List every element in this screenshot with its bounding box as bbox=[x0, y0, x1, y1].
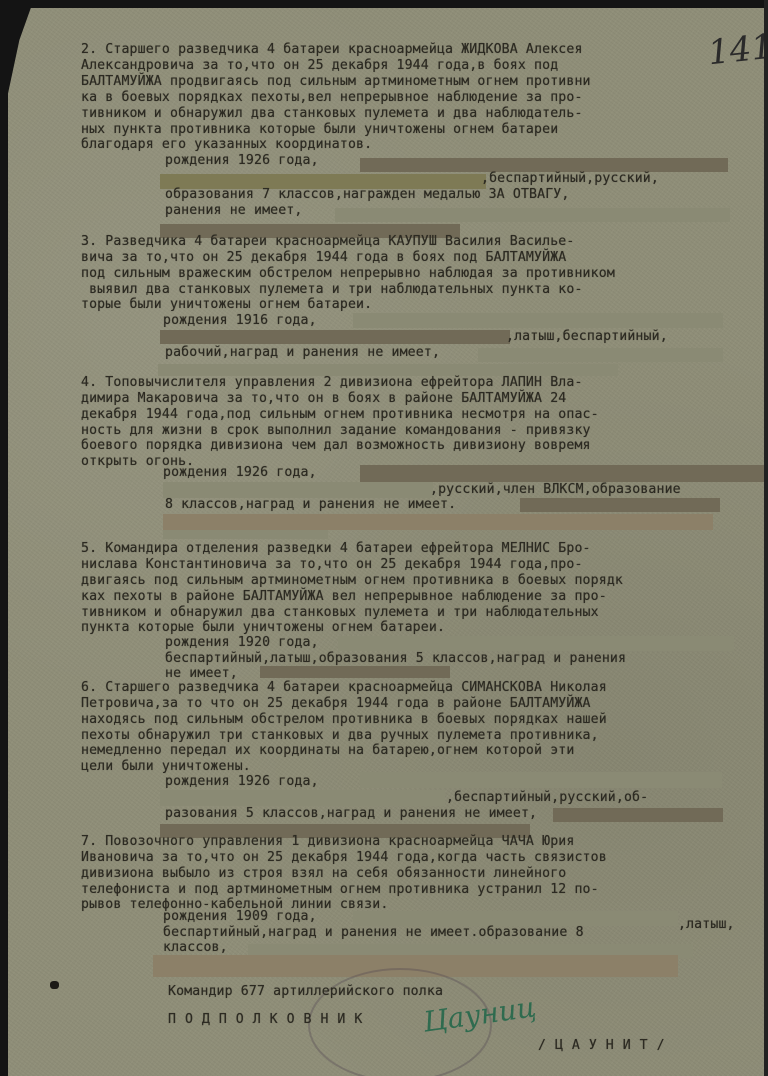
entry-6-line-4: пехоты обнаружил три станковых и два руч… bbox=[81, 728, 599, 743]
redaction-box bbox=[520, 498, 720, 512]
entry-4-nationality: ,русский,член ВЛКСМ,образование bbox=[430, 482, 681, 497]
entry-6-line-1: 6. Старшего разведчика 4 батареи красноа… bbox=[81, 680, 607, 695]
commander-rank: ПОДПОЛКОВНИК bbox=[168, 1012, 371, 1027]
entry-5-line-5: тивником и обнаружил два станковых пулем… bbox=[81, 605, 599, 620]
handwritten-page-number: 141 bbox=[706, 27, 768, 74]
redaction-box bbox=[160, 330, 510, 344]
redaction-box bbox=[163, 514, 713, 530]
redaction-box bbox=[163, 482, 433, 498]
scan-edge bbox=[764, 0, 768, 1076]
entry-7-birth: рождения 1909 года, bbox=[163, 909, 317, 924]
entry-5-line-1: 5. Командира отделения разведки 4 батаре… bbox=[81, 541, 591, 556]
entry-6-education: разования 5 классов,наград и ранения не … bbox=[165, 806, 537, 821]
entry-2-line-4: ка в боевых порядках пехоты,вел непрерыв… bbox=[81, 90, 583, 105]
entry-3-line-4: выявил два станковых пулемета и три набл… bbox=[81, 282, 583, 297]
entry-4-line-3: декабря 1944 года,под сильным огнем прот… bbox=[81, 407, 599, 422]
redaction-box bbox=[260, 666, 450, 678]
redaction-box bbox=[553, 808, 723, 822]
entry-6-line-2: Петровича,за то что он 25 декабря 1944 г… bbox=[81, 696, 591, 711]
entry-3-line-3: под сильным вражеским обстрелом непрерыв… bbox=[81, 266, 615, 281]
redaction-box bbox=[360, 772, 722, 788]
entry-4-line-2: димира Макаровича за то,что он в боях в … bbox=[81, 391, 566, 406]
redaction-box bbox=[163, 530, 328, 539]
entry-5-line-2: нислава Константиновича за то,что он 25 … bbox=[81, 557, 583, 572]
entry-7-nationality: ,латыш, bbox=[678, 917, 735, 932]
entry-2-education: образования 7 классов,награжден медалью … bbox=[165, 187, 569, 202]
entry-2-line-7: благодаря его указанных координатов. bbox=[81, 137, 372, 152]
entry-4-line-5: боевого порядка дивизиона чем дал возмож… bbox=[81, 438, 591, 453]
entry-3-birth: рождения 1916 года, bbox=[163, 313, 317, 328]
entry-7-line-2: Ивановича за то,что он 25 декабря 1944 г… bbox=[81, 850, 607, 865]
entry-5-birth: рождения 1920 года, bbox=[165, 635, 319, 650]
entry-2-birth: рождения 1926 года, bbox=[165, 153, 319, 168]
redaction-box bbox=[338, 636, 734, 651]
entry-4-birth: рождения 1926 года, bbox=[163, 465, 317, 480]
document-page: 141 2. Старшего разведчика 4 батареи кра… bbox=[8, 8, 768, 1076]
entry-6-line-3: находясь под сильным обстрелом противник… bbox=[81, 712, 607, 727]
entry-7-line-3: дивизиона выбыло из строя взял на себя о… bbox=[81, 866, 566, 881]
entry-3-line-1: 3. Разведчика 4 батареи красноармейца КА… bbox=[81, 234, 574, 249]
redaction-box bbox=[478, 348, 723, 362]
entry-5-line-6: пункта которые были уничтожены огнем бат… bbox=[81, 620, 445, 635]
commander-name: /ЦАУНИТ/ bbox=[538, 1038, 674, 1053]
entry-5-wounds: не имеет, bbox=[165, 666, 238, 681]
entry-2-line-2: Александровича за то,что он 25 декабря 1… bbox=[81, 58, 558, 73]
entry-3-line-2: вича за то,что он 25 декабря 1944 года в… bbox=[81, 250, 566, 265]
entry-4-line-1: 4. Топовычислителя управления 2 дивизион… bbox=[81, 375, 583, 390]
entry-4-line-4: ность для жизни в срок выполнил задание … bbox=[81, 423, 591, 438]
entry-5-education: беспартийный,латыш,образования 5 классов… bbox=[165, 651, 626, 666]
commander-title: Командир 677 артиллерийского полка bbox=[168, 984, 443, 999]
redaction-box bbox=[360, 465, 768, 482]
entry-6-line-5: немедленно передал их координаты на бата… bbox=[81, 743, 574, 758]
entry-6-line-6: цели были уничтожены. bbox=[81, 759, 251, 774]
entry-2-line-6: ных пункта противника которые были уничт… bbox=[81, 122, 558, 137]
entry-5-line-4: ках пехоты в районе БАЛТАМУЙЖА вел непре… bbox=[81, 589, 607, 604]
entry-2-line-3: БАЛТАМУЙЖА продвигаясь под сильным артми… bbox=[81, 74, 591, 89]
entry-3-wounds: рабочий,наград и ранения не имеет, bbox=[165, 345, 440, 360]
redaction-box bbox=[353, 911, 678, 926]
entry-5-line-3: двигаясь под сильным артминометным огнем… bbox=[81, 573, 623, 588]
entry-2-line-5: тивником и обнаружил два станковых пулем… bbox=[81, 106, 583, 121]
entry-2-line-1: 2. Старшего разведчика 4 батареи красноа… bbox=[81, 42, 583, 57]
entry-3-line-5: торые были уничтожены огнем батареи. bbox=[81, 297, 372, 312]
redaction-box bbox=[335, 208, 730, 222]
entry-2-wounds: ранения не имеет, bbox=[165, 203, 303, 218]
entry-6-birth: рождения 1926 года, bbox=[165, 774, 319, 789]
entry-3-nationality: ,латыш,беспартийный, bbox=[506, 329, 668, 344]
redaction-box bbox=[160, 790, 445, 806]
entry-7-party: беспартийный,наград и ранения не имеет.о… bbox=[163, 925, 584, 940]
entry-7-line-1: 7. Повозочного управления 1 дивизиона кр… bbox=[81, 834, 574, 849]
redaction-box bbox=[353, 313, 723, 328]
entry-4-wounds: 8 классов,наград и ранения не имеет. bbox=[165, 497, 456, 512]
entry-7-education: классов, bbox=[163, 940, 228, 955]
entry-7-line-4: телефониста и под артминометным огнем пр… bbox=[81, 882, 599, 897]
redaction-box bbox=[360, 158, 728, 172]
entry-6-party: ,беспартийный,русский,об- bbox=[446, 790, 648, 805]
punch-hole bbox=[50, 981, 59, 989]
entry-2-party: ,беспартийный,русский, bbox=[481, 171, 659, 186]
